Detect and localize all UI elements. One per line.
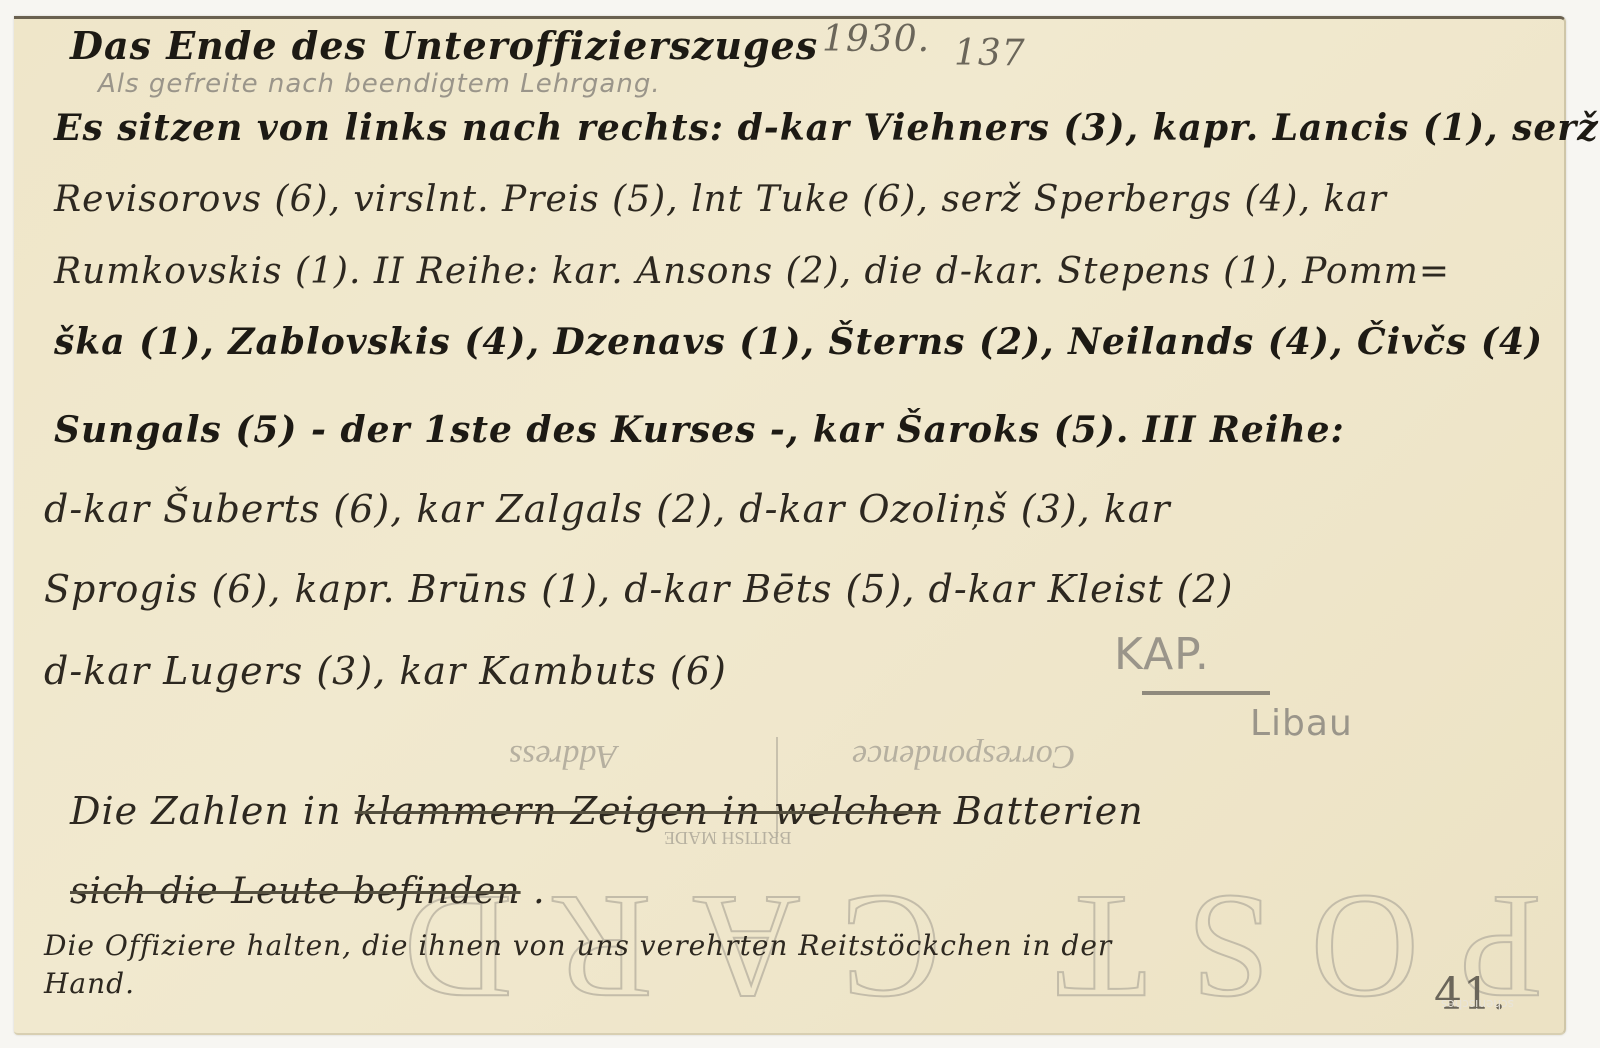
footer-line-1-end: Batterien: [954, 789, 1144, 833]
footer-line-3: Die Offiziere halten, die ihnen von uns …: [44, 929, 1112, 962]
footer-line-4: Hand.: [44, 967, 135, 1000]
kap-underline: [1142, 691, 1270, 695]
text-line-5: Sungals (5) - der 1ste des Kurses -, kar…: [54, 409, 1345, 451]
printed-correspondence-label: Correspondence: [852, 737, 1075, 775]
year-note: 1930.: [822, 19, 930, 60]
pencil-note: Als gefreite nach beendigtem Lehrgang.: [98, 69, 661, 99]
footer-line-1-struck: klammern Zeigen in welchen: [355, 789, 941, 833]
footer-line-2-struck: sich die Leute befinden: [70, 871, 521, 912]
text-line-1: Es sitzen von links nach rechts: d-kar V…: [54, 107, 1600, 149]
text-line-7: Sprogis (6), kapr. Brūns (1), d-kar Bēts…: [44, 567, 1234, 611]
text-line-4: ška (1), Zablovskis (4), Dzenavs (1), Št…: [54, 321, 1543, 363]
postcard: Address Correspondence BRITISH MADE POST…: [14, 16, 1566, 1035]
number-note: 137: [954, 33, 1026, 74]
footer-line-1-start: Die Zahlen in: [70, 789, 342, 833]
place-note: Libau: [1250, 703, 1353, 744]
watermark: schenisches: [1441, 997, 1514, 1011]
kap-note: KAP.: [1114, 629, 1210, 680]
text-line-6: d-kar Šuberts (6), kar Zalgals (2), d-ka…: [44, 487, 1171, 531]
document-title: Das Ende des Unteroffizierszuges: [70, 23, 818, 68]
footer-line-2-end: .: [533, 871, 545, 912]
footer-line-1: Die Zahlen in klammern Zeigen in welchen…: [70, 789, 1144, 833]
text-line-8: d-kar Lugers (3), kar Kambuts (6): [44, 649, 727, 693]
text-line-3: Rumkovskis (1). II Reihe: kar. Ansons (2…: [54, 251, 1450, 292]
printed-address-label: Address: [509, 737, 617, 775]
page-number: 41.: [1434, 969, 1507, 1020]
text-line-2: Revisorovs (6), virslnt. Preis (5), lnt …: [54, 179, 1387, 220]
footer-line-2: sich die Leute befinden .: [70, 871, 546, 912]
